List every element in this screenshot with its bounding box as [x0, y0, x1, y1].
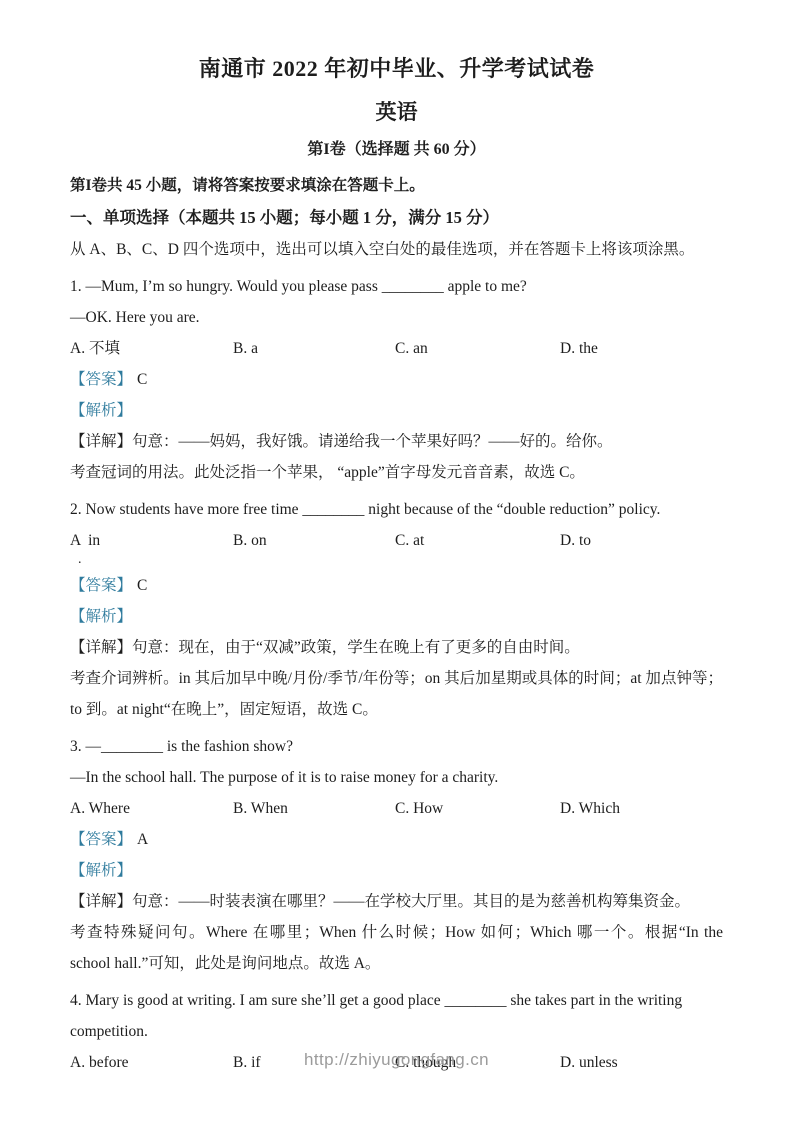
answer-value: C [137, 371, 147, 388]
option-a: A in [70, 525, 233, 556]
question-3-reply: —In the school hall. The purpose of it i… [70, 762, 723, 793]
watermark-url: http://zhiyugongfang.cn [0, 1050, 793, 1070]
question-2-answer-line: 【答案】C [70, 570, 723, 601]
detail-label: 【详解】 [70, 433, 132, 450]
analysis-label: 【解析】 [70, 855, 723, 886]
question-1-detail-2: 考查冠词的用法。此处泛指一个苹果， “apple”首字母发元音音素，故选 C。 [70, 457, 723, 488]
option-d: D. to [560, 525, 723, 556]
question-3-options: A. Where B. When C. How D. Which [70, 793, 723, 824]
analysis-label: 【解析】 [70, 601, 723, 632]
option-d: D. Which [560, 793, 723, 824]
question-3-answer-line: 【答案】A [70, 824, 723, 855]
question-2-stem: 2. Now students have more free time ____… [70, 494, 723, 525]
question-2-detail-1: 【详解】句意：现在，由于“双减”政策，学生在晚上有了更多的自由时间。 [70, 632, 723, 663]
option-c: C. at [395, 525, 560, 556]
volume-title: 第I卷（选择题 共 60 分） [70, 138, 723, 162]
question-2-options: A in B. on C. at D. to [70, 525, 723, 556]
option-b: B. on [233, 525, 395, 556]
page-content: 南通市 2022 年初中毕业、升学考试试卷 英语 第I卷（选择题 共 60 分）… [0, 0, 793, 1078]
question-3-stem: 3. —________ is the fashion show? [70, 731, 723, 762]
option-a: A. Where [70, 793, 233, 824]
stray-dot: . [70, 556, 723, 570]
question-3-detail-2: 考查特殊疑问句。Where 在哪里；When 什么时候；How 如何；Which… [70, 917, 723, 979]
document-title: 南通市 2022 年初中毕业、升学考试试卷 [70, 54, 723, 84]
exam-document-page: 南通市 2022 年初中毕业、升学考试试卷 英语 第I卷（选择题 共 60 分）… [0, 0, 793, 1122]
answer-value: C [137, 577, 147, 594]
instructions: 从 A、B、C、D 四个选项中，选出可以填入空白处的最佳选项，并在答题卡上将该项… [70, 234, 723, 265]
part-heading: 一、单项选择（本题共 15 小题；每小题 1 分，满分 15 分） [70, 201, 723, 234]
option-d: D. the [560, 333, 723, 364]
question-2-detail-2: 考查介词辨析。in 其后加早中晚/月份/季节/年份等；on 其后加星期或具体的时… [70, 663, 723, 725]
question-3-detail-1: 【详解】句意：——时装表演在哪里？——在学校大厅里。其目的是为慈善机构筹集资金。 [70, 886, 723, 917]
volume-note: 第I卷共 45 小题，请将答案按要求填涂在答题卡上。 [70, 170, 723, 201]
question-1-detail-1: 【详解】句意：——妈妈，我好饿。请递给我一个苹果好吗？——好的。给你。 [70, 426, 723, 457]
option-b: B. When [233, 793, 395, 824]
option-c: C. an [395, 333, 560, 364]
question-1-options: A. 不填 B. a C. an D. the [70, 333, 723, 364]
detail-label: 【详解】 [70, 639, 132, 656]
answer-label: 【答案】 [70, 577, 132, 594]
question-4-stem: 4. Mary is good at writing. I am sure sh… [70, 985, 723, 1047]
answer-value: A [137, 831, 148, 848]
option-b: B. a [233, 333, 395, 364]
analysis-label: 【解析】 [70, 395, 723, 426]
question-1-reply: —OK. Here you are. [70, 302, 723, 333]
detail-label: 【详解】 [70, 893, 132, 910]
question-1-answer-line: 【答案】C [70, 364, 723, 395]
document-subject: 英语 [70, 98, 723, 126]
option-c: C. How [395, 793, 560, 824]
question-1-stem: 1. —Mum, I’m so hungry. Would you please… [70, 271, 723, 302]
option-a: A. 不填 [70, 333, 233, 364]
answer-label: 【答案】 [70, 371, 132, 388]
answer-label: 【答案】 [70, 831, 132, 848]
